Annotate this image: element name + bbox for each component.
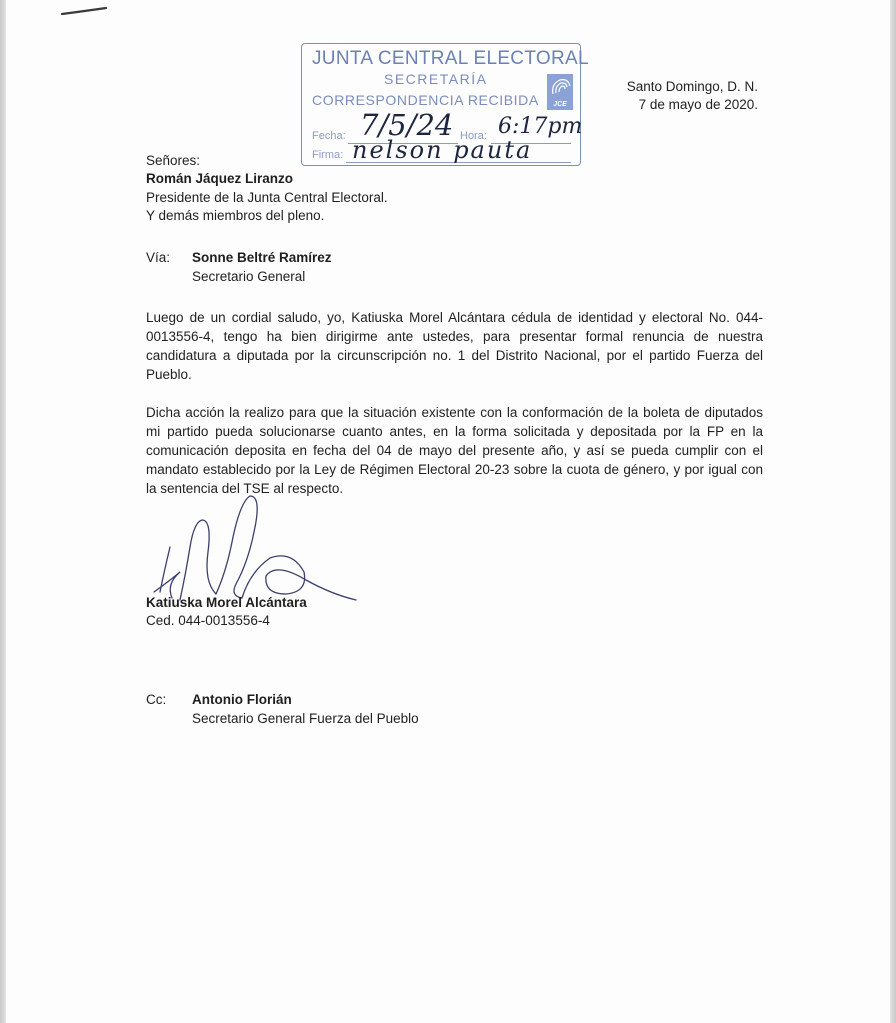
pen-mark bbox=[60, 6, 120, 18]
signer-id: Ced. 044-0013556-4 bbox=[146, 612, 270, 631]
cc-name: Antonio Florián bbox=[192, 691, 292, 710]
stamp-firma-label: Firma: bbox=[312, 149, 343, 161]
reception-stamp: JUNTA CENTRAL ELECTORAL SECRETARÍA CORRE… bbox=[301, 43, 581, 166]
date: 7 de mayo de 2020. bbox=[627, 96, 758, 114]
body-paragraph-2-text: Dicha acción la realizo para que la situ… bbox=[146, 403, 763, 498]
document-page: JUNTA CENTRAL ELECTORAL SECRETARÍA CORRE… bbox=[6, 0, 890, 1023]
place-date: Santo Domingo, D. N. 7 de mayo de 2020. bbox=[627, 78, 758, 114]
cc-label: Cc: bbox=[146, 691, 166, 710]
page-edge-right bbox=[890, 0, 896, 1023]
stamp-subtitle: SECRETARÍA bbox=[384, 71, 487, 87]
stamp-fecha-label: Fecha: bbox=[312, 130, 346, 142]
stamp-logo-text: JCE bbox=[547, 101, 573, 108]
place: Santo Domingo, D. N. bbox=[627, 78, 758, 96]
signer-name: Katiuska Morel Alcántara bbox=[146, 594, 307, 613]
cc-title: Secretario General Fuerza del Pueblo bbox=[192, 710, 419, 729]
via-label: Vía: bbox=[146, 249, 170, 268]
recipient-name: Román Jáquez Liranzo bbox=[146, 170, 293, 189]
stamp-firma-value: nelson pauta bbox=[352, 136, 532, 164]
stamp-title: JUNTA CENTRAL ELECTORAL bbox=[312, 48, 589, 70]
salutation: Señores: bbox=[146, 152, 200, 171]
via-name: Sonne Beltré Ramírez bbox=[192, 249, 332, 268]
recipient-others: Y demás miembros del pleno. bbox=[146, 207, 324, 226]
recipient-title: Presidente de la Junta Central Electoral… bbox=[146, 189, 388, 208]
body-paragraph-1-text: Luego de un cordial saludo, yo, Katiuska… bbox=[146, 308, 763, 384]
body-paragraph-1: Luego de un cordial saludo, yo, Katiuska… bbox=[146, 308, 763, 384]
body-paragraph-2: Dicha acción la realizo para que la situ… bbox=[146, 403, 763, 498]
stamp-received-label: CORRESPONDENCIA RECIBIDA bbox=[312, 92, 539, 108]
handwritten-signature bbox=[146, 492, 366, 607]
jce-logo-icon: JCE bbox=[547, 74, 573, 110]
via-title: Secretario General bbox=[192, 268, 305, 287]
